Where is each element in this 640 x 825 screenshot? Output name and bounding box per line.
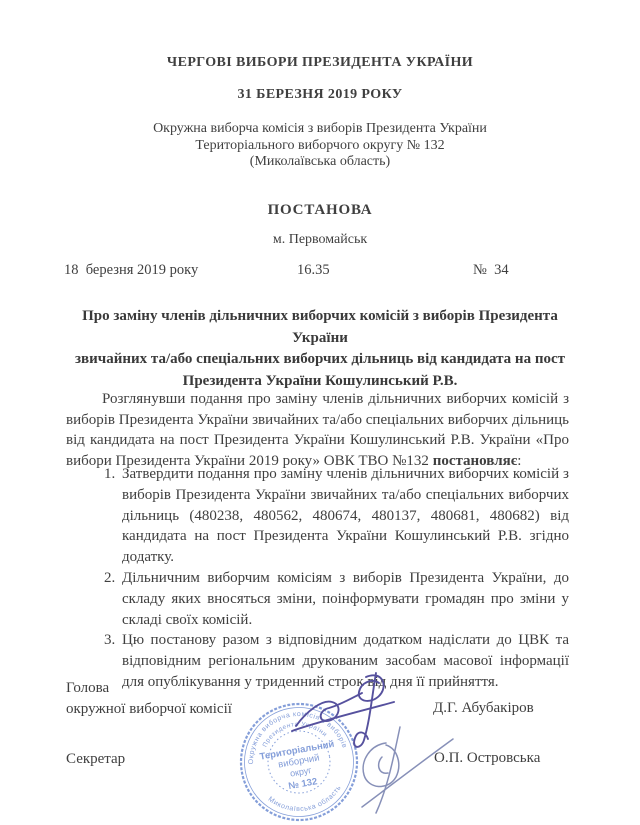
list-item-number: 2. [104, 568, 115, 589]
document-number: № 34 [473, 262, 509, 279]
list-item-text: Затвердити подання про заміну членів діл… [122, 466, 569, 565]
meta-row: 18 березня 2019 року 16.35 № 34 [0, 262, 640, 280]
list-item: 2. Дільничним виборчим комісіям з виборі… [66, 568, 569, 630]
commission-block: Окружна виборча комісія з виборів Презид… [0, 121, 640, 171]
election-header-line1: ЧЕРГОВІ ВИБОРИ ПРЕЗИДЕНТА УКРАЇНИ [0, 55, 640, 71]
document-time: 16.35 [297, 262, 330, 279]
chairman-role-line2: окружної виборчої комісії [66, 701, 232, 718]
list-item-text: Дільничним виборчим комісіям з виборів П… [122, 570, 569, 628]
resolution-items-list: 1. Затвердити подання про заміну членів … [66, 464, 569, 693]
commission-name: Окружна виборча комісія з виборів Презид… [0, 121, 640, 138]
secretary-signature [352, 722, 457, 818]
document-date: 18 березня 2019 року [64, 262, 198, 279]
chairman-role-line1: Голова [66, 680, 109, 697]
secretary-role: Секретар [66, 751, 125, 768]
election-header-line2: 31 БЕРЕЗНЯ 2019 РОКУ [0, 87, 640, 103]
document-type: ПОСТАНОВА [0, 202, 640, 219]
list-item-number: 3. [104, 630, 115, 651]
intro-paragraph: Розглянувши подання про заміну членів ді… [66, 389, 569, 472]
commission-region: (Миколаївська область) [0, 154, 640, 171]
document-city: м. Первомайськ [0, 232, 640, 248]
stamp-center-line4: № 132 [288, 776, 319, 792]
document-page: ЧЕРГОВІ ВИБОРИ ПРЕЗИДЕНТА УКРАЇНИ 31 БЕР… [0, 0, 640, 825]
secretary-signature-icon [352, 722, 457, 818]
document-title-line2: звичайних та/або спеціальних виборчих ді… [60, 349, 580, 371]
list-item: 1. Затвердити подання про заміну членів … [66, 464, 569, 568]
chairman-name: Д.Г. Абубакіров [433, 700, 534, 717]
document-title-line1: Про заміну членів дільничних виборчих ко… [60, 306, 580, 349]
document-title: Про заміну членів дільничних виборчих ко… [60, 306, 580, 392]
commission-district: Територіального виборчого округу № 132 [0, 138, 640, 155]
list-item-number: 1. [104, 464, 115, 485]
